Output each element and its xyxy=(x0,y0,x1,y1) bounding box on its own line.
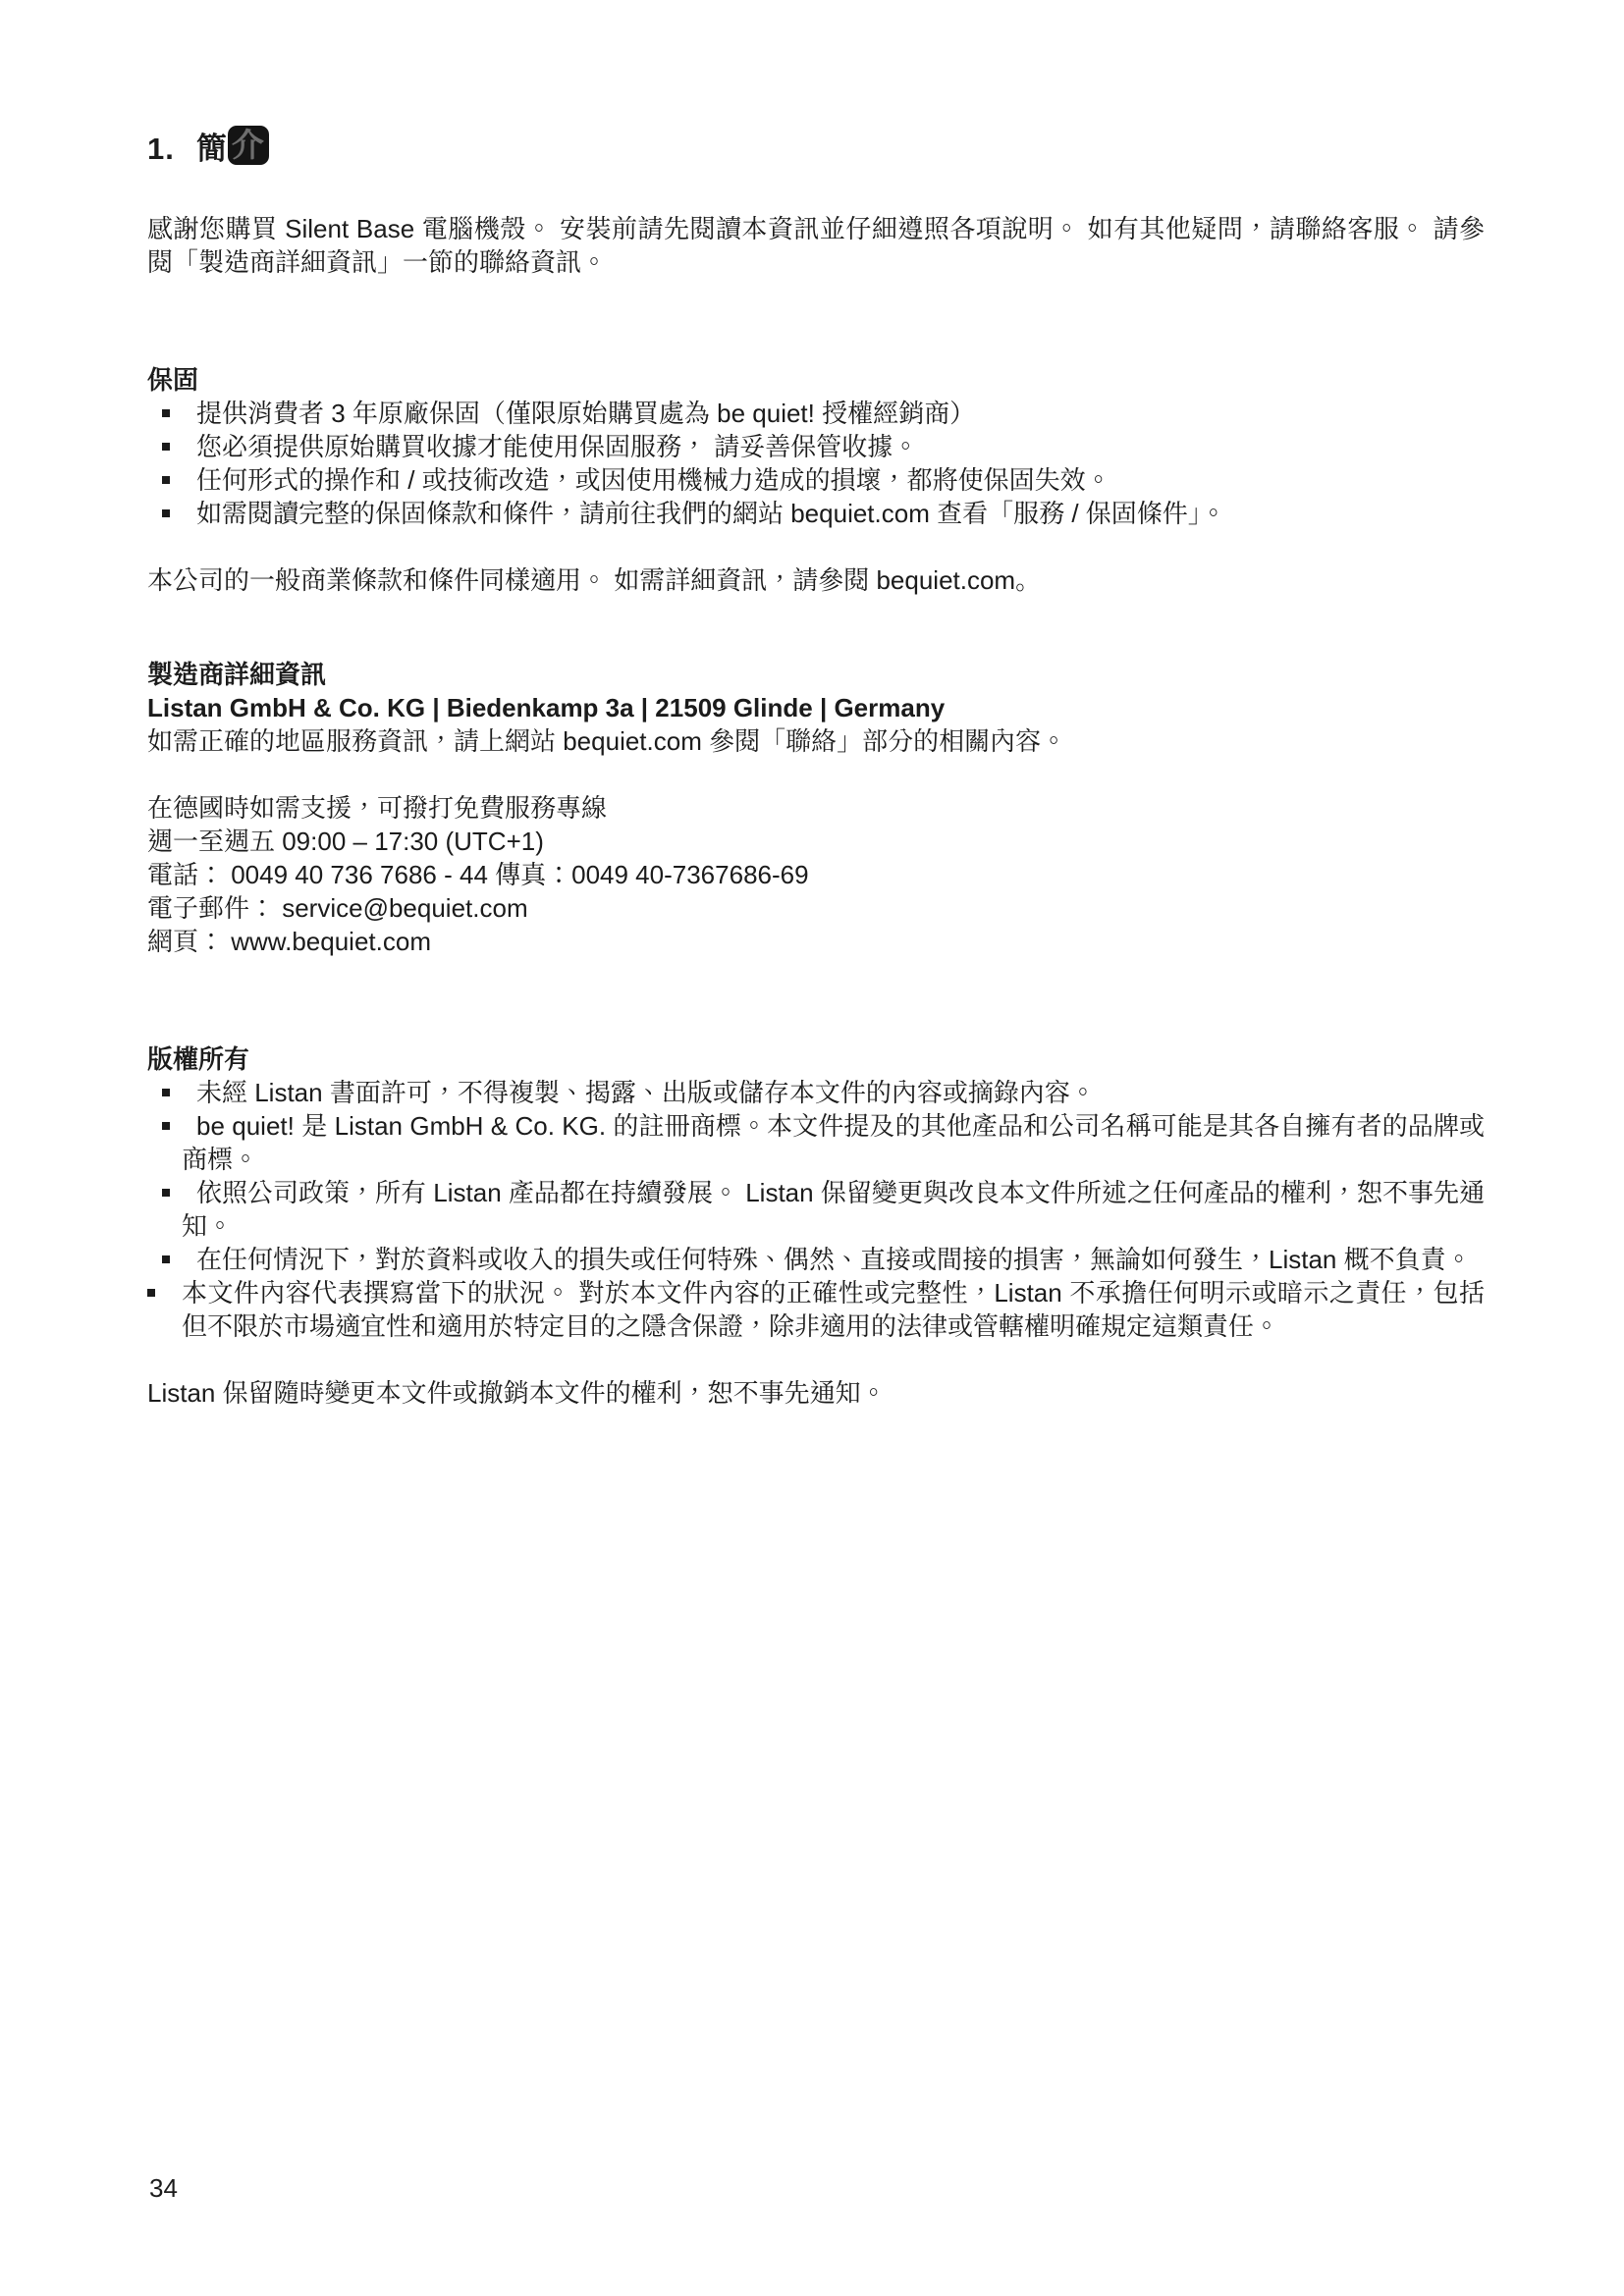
bullet-square-icon xyxy=(162,509,170,517)
website-line: 網頁： www.bequiet.com xyxy=(147,925,1485,958)
bullet-square-icon xyxy=(162,476,170,484)
copyright-item: 未經 Listan 書面許可，不得複製、揭露、出版或儲存本文件的內容或摘錄內容。 xyxy=(147,1076,1485,1109)
copyright-section: 版權所有 未經 Listan 書面許可，不得複製、揭露、出版或儲存本文件的內容或… xyxy=(147,1042,1485,1410)
copyright-closing: Listan 保留隨時變更本文件或撤銷本文件的權利，恕不事先通知。 xyxy=(147,1376,1485,1410)
manufacturer-heading: 製造商詳細資訊 xyxy=(147,658,1485,691)
email-line: 電子郵件： service@bequiet.com xyxy=(147,891,1485,925)
bullet-square-icon xyxy=(162,1255,170,1263)
copyright-item: 本文件內容代表撰寫當下的狀況。 對於本文件內容的正確性或完整性，Listan 不… xyxy=(147,1276,1485,1343)
intro-paragraph: 感謝您購買 Silent Base 電腦機殼。 安裝前請先閱讀本資訊並仔細遵照各… xyxy=(147,212,1485,279)
warranty-item-text: 如需閱讀完整的保固條款和條件，請前往我們的網站 bequiet.com 查看「服… xyxy=(196,499,1226,528)
copyright-list: 未經 Listan 書面許可，不得複製、揭露、出版或儲存本文件的內容或摘錄內容。… xyxy=(147,1076,1485,1343)
copyright-item-text: 在任何情況下，對於資料或收入的損失或任何特殊、偶然、直接或間接的損害，無論如何發… xyxy=(196,1245,1472,1274)
bullet-square-icon xyxy=(162,1189,170,1197)
warranty-item-text: 您必須提供原始購買收據才能使用保固服務， 請妥善保管收據。 xyxy=(196,432,918,461)
bullet-square-icon xyxy=(162,443,170,451)
warranty-item-text: 任何形式的操作和 / 或技術改造，或因使用機械力造成的損壞，都將使保固失效。 xyxy=(196,465,1111,495)
warranty-list: 提供消費者 3 年原廠保固（僅限原始購買處為 be quiet! 授權經銷商） … xyxy=(147,397,1485,530)
obscured-glyph-badge: 介 xyxy=(228,126,269,165)
copyright-item: be quiet! 是 Listan GmbH & Co. KG. 的註冊商標。… xyxy=(147,1109,1485,1176)
copyright-item: 依照公司政策，所有 Listan 產品都在持續發展。 Listan 保留變更與改… xyxy=(147,1176,1485,1243)
bullet-square-icon xyxy=(162,1122,170,1130)
manufacturer-section: 製造商詳細資訊 Listan GmbH & Co. KG | Biedenkam… xyxy=(147,658,1485,958)
section-number: 1. xyxy=(147,132,175,166)
support-hours: 週一至週五 09:00 – 17:30 (UTC+1) xyxy=(147,825,1485,858)
warranty-item-text: 提供消費者 3 年原廠保固（僅限原始購買處為 be quiet! 授權經銷商） xyxy=(196,399,975,428)
copyright-item-text: 本文件內容代表撰寫當下的狀況。 對於本文件內容的正確性或完整性，Listan 不… xyxy=(182,1278,1485,1341)
manufacturer-regional-note: 如需正確的地區服務資訊，請上網站 bequiet.com 參閱「聯絡」部分的相關… xyxy=(147,724,1485,758)
warranty-item: 提供消費者 3 年原廠保固（僅限原始購買處為 be quiet! 授權經銷商） xyxy=(147,397,1485,430)
copyright-item-text: be quiet! 是 Listan GmbH & Co. KG. 的註冊商標。… xyxy=(182,1111,1485,1174)
copyright-item-text: 依照公司政策，所有 Listan 產品都在持續發展。 Listan 保留變更與改… xyxy=(182,1178,1485,1241)
terms-note: 本公司的一般商業條款和條件同樣適用。 如需詳細資訊，請參閱 bequiet.co… xyxy=(147,563,1485,597)
warranty-section: 保固 提供消費者 3 年原廠保固（僅限原始購買處為 be quiet! 授權經銷… xyxy=(147,363,1485,597)
warranty-item: 如需閱讀完整的保固條款和條件，請前往我們的網站 bequiet.com 查看「服… xyxy=(147,497,1485,530)
warranty-item: 任何形式的操作和 / 或技術改造，或因使用機械力造成的損壞，都將使保固失效。 xyxy=(147,463,1485,497)
phone-fax-line: 電話： 0049 40 736 7686 - 44 傳真：0049 40-736… xyxy=(147,858,1485,891)
copyright-heading: 版權所有 xyxy=(147,1042,1485,1076)
bullet-square-icon xyxy=(162,409,170,417)
section-title-text: 簡 xyxy=(196,132,228,166)
page-content: 1.簡介 感謝您購買 Silent Base 電腦機殼。 安裝前請先閱讀本資訊並… xyxy=(147,126,1485,1410)
copyright-item: 在任何情況下，對於資料或收入的損失或任何特殊、偶然、直接或間接的損害，無論如何發… xyxy=(147,1243,1485,1276)
page-number: 34 xyxy=(149,2171,178,2205)
bullet-square-icon xyxy=(147,1289,155,1297)
page-title: 1.簡介 xyxy=(147,126,1485,169)
support-line: 在德國時如需支援，可撥打免費服務專線 xyxy=(147,791,1485,825)
manufacturer-company-line: Listan GmbH & Co. KG | Biedenkamp 3a | 2… xyxy=(147,691,1485,724)
warranty-heading: 保固 xyxy=(147,363,1485,397)
bullet-square-icon xyxy=(162,1089,170,1096)
warranty-item: 您必須提供原始購買收據才能使用保固服務， 請妥善保管收據。 xyxy=(147,430,1485,463)
copyright-item-text: 未經 Listan 書面許可，不得複製、揭露、出版或儲存本文件的內容或摘錄內容。 xyxy=(196,1078,1096,1107)
